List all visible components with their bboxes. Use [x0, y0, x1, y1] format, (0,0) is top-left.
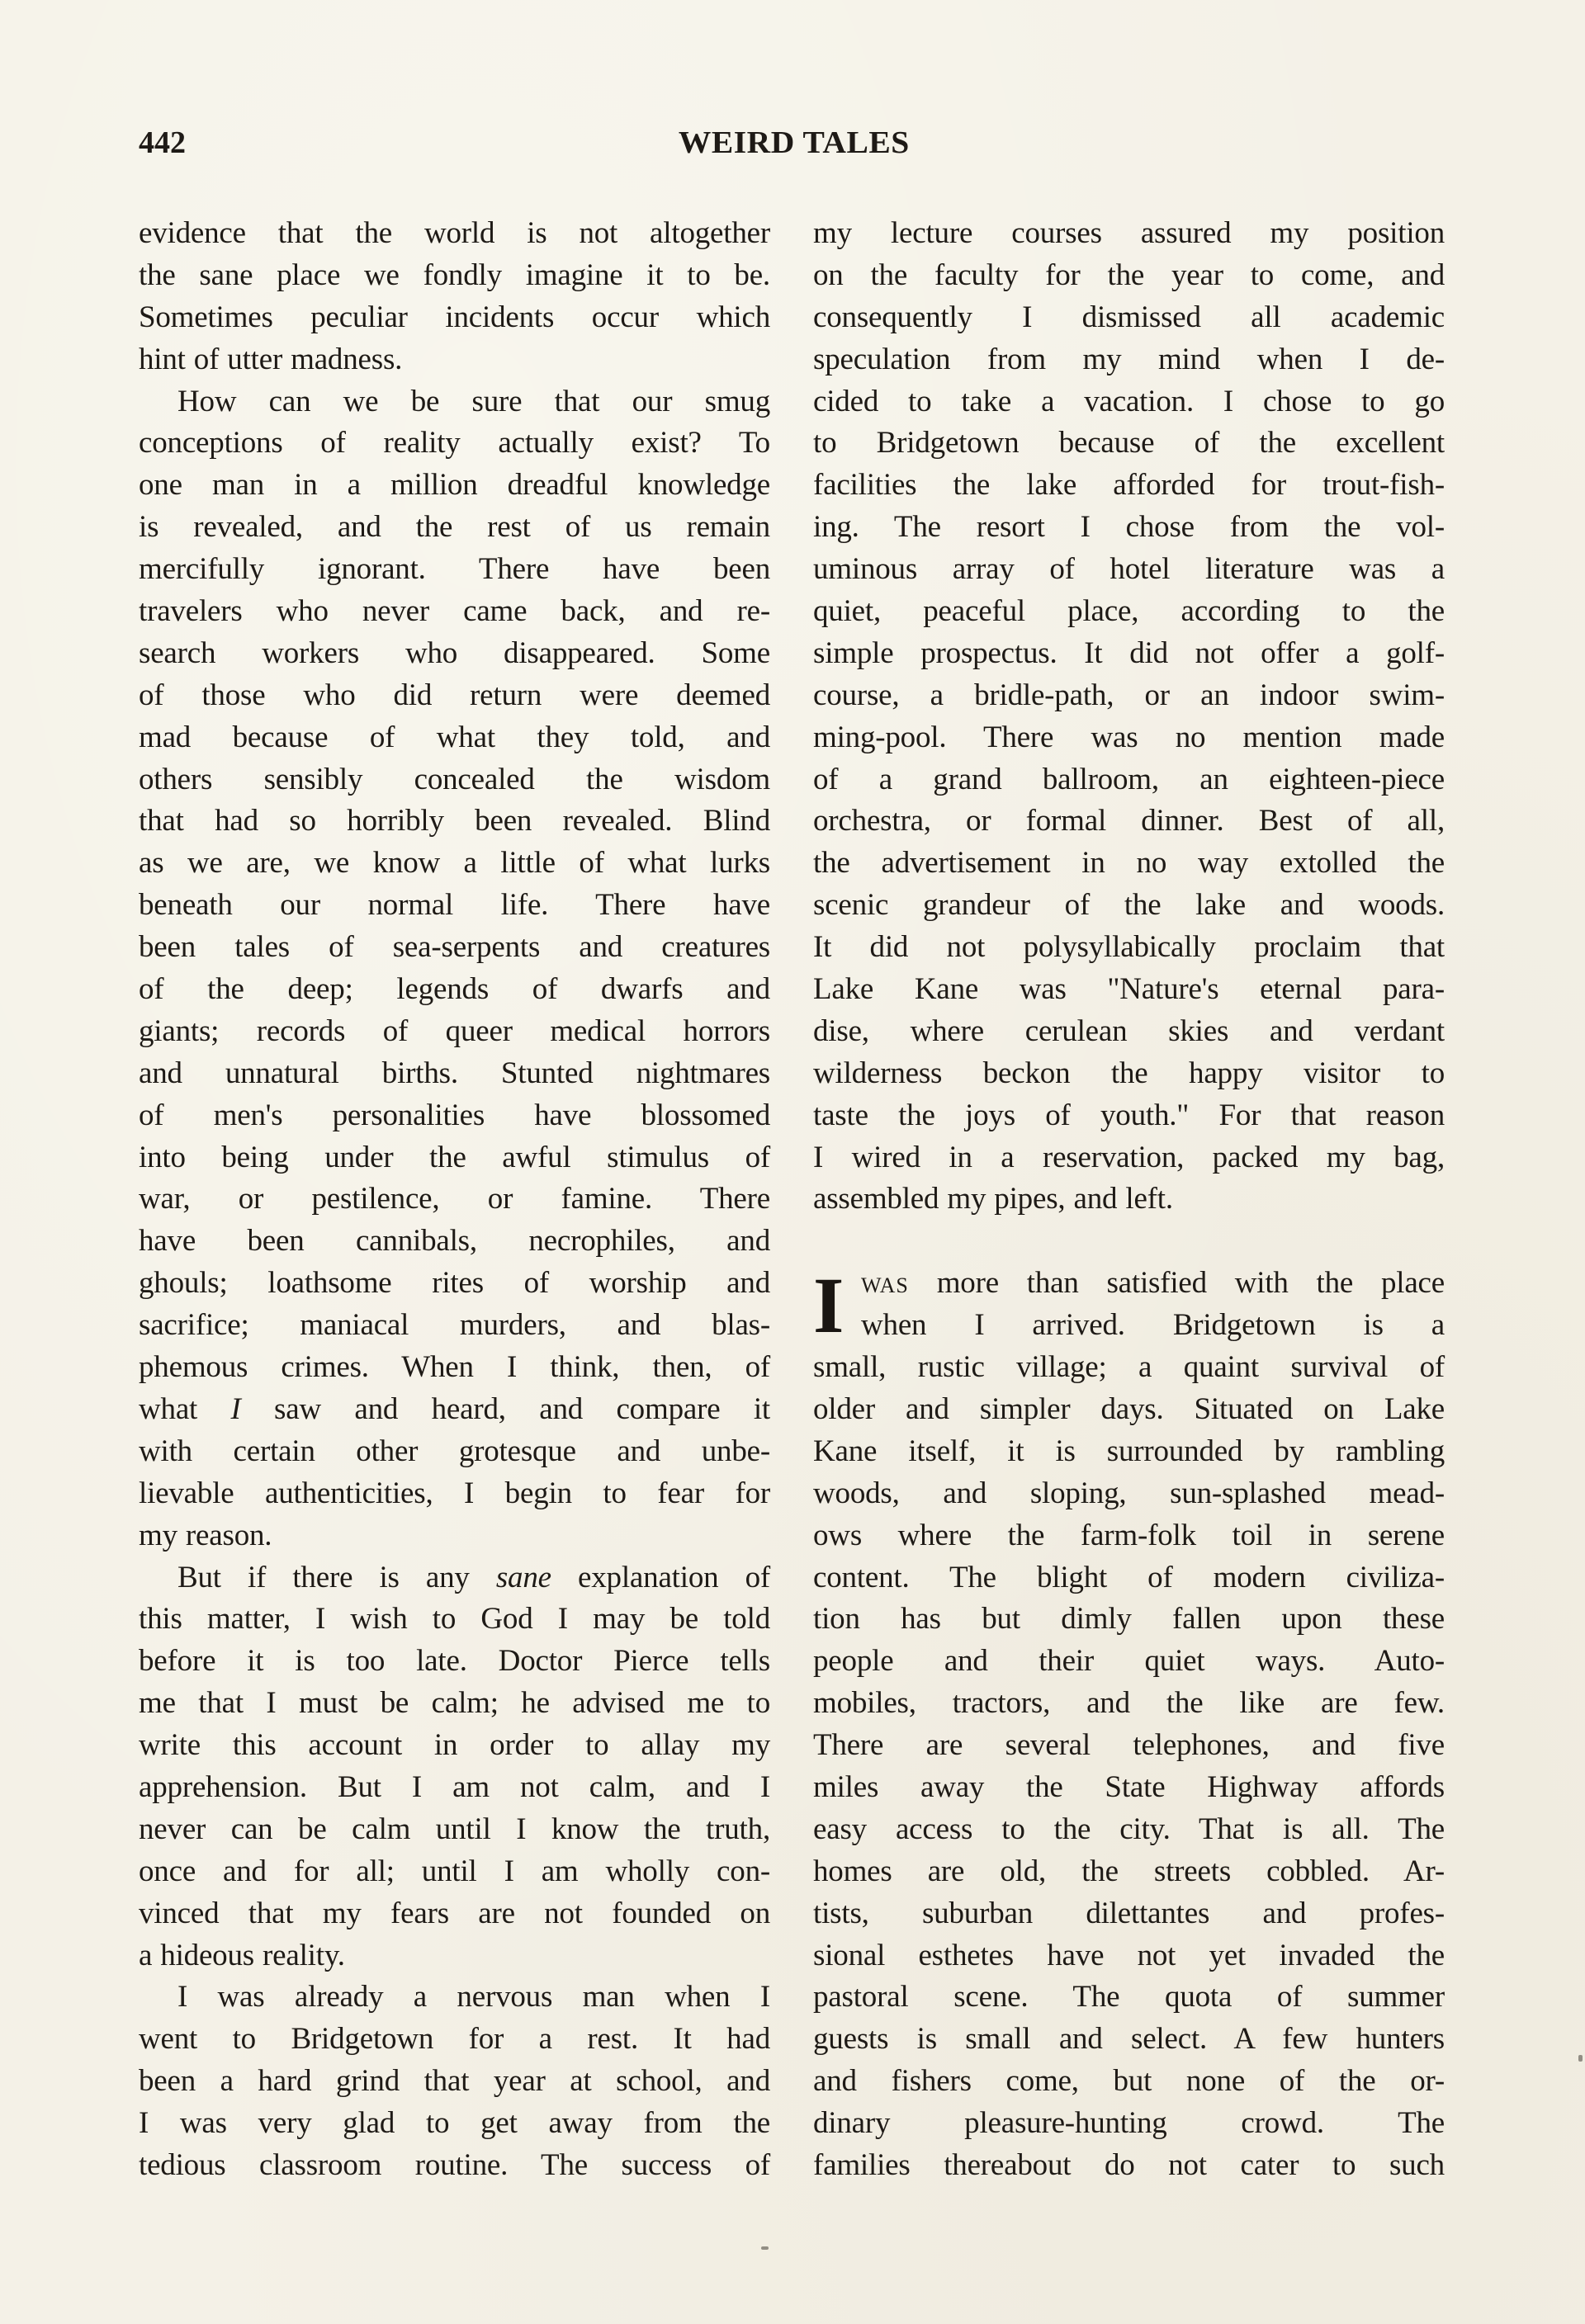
text-line: mad because of what they told, and [139, 717, 770, 759]
text-line: dise, where cerulean skies and verdant [813, 1011, 1445, 1053]
text-line: apprehension. But I am not calm, and I [139, 1767, 770, 1809]
text-line: older and simpler days. Situated on Lake [813, 1389, 1445, 1431]
text-line: people and their quiet ways. Auto- [813, 1641, 1445, 1683]
text-line: scenic grandeur of the lake and woods. [813, 885, 1445, 927]
text-line: when I arrived. Bridgetown is a [813, 1305, 1445, 1347]
text-line: taste the joys of youth." For that reaso… [813, 1095, 1445, 1137]
text-line: of a grand ballroom, an eighteen-piece [813, 759, 1445, 801]
text-line: How can we be sure that our smug [139, 381, 770, 423]
text-line: mobiles, tractors, and the like are few. [813, 1683, 1445, 1725]
magazine-page: 442 WEIRD TALES evidence that the world … [0, 0, 1585, 2324]
small-caps-lead: was [861, 1266, 909, 1300]
text-line: and unnatural births. Stunted nightmares [139, 1053, 770, 1095]
text-line: facilities the lake afforded for trout-f… [813, 465, 1445, 507]
text-line: homes are old, the streets cobbled. Ar- [813, 1851, 1445, 1893]
text-line: guests is small and select. A few hunter… [813, 2019, 1445, 2061]
text-line: I was already a nervous man when I [139, 1977, 770, 2019]
text-line: cided to take a vacation. I chose to go [813, 381, 1445, 423]
text-line: write this account in order to allay my [139, 1725, 770, 1767]
text-line: I wired in a reservation, packed my bag, [813, 1137, 1445, 1179]
text-line: families thereabout do not cater to such [813, 2145, 1445, 2187]
text-line: vinced that my fears are not founded on [139, 1893, 770, 1935]
text-line: tedious classroom routine. The success o… [139, 2145, 770, 2187]
text-line: evidence that the world is not altogethe… [139, 213, 770, 255]
text-line: ghouls; loathsome rites of worship and [139, 1263, 770, 1305]
text-line: Lake Kane was "Nature's eternal para- [813, 969, 1445, 1011]
text-line: was more than satisfied with the place [813, 1263, 1445, 1305]
text-line: to Bridgetown because of the excellent [813, 423, 1445, 465]
text-line: ming-pool. There was no mention made [813, 717, 1445, 759]
section-break [813, 1221, 1445, 1263]
text-line: miles away the State Highway affords [813, 1767, 1445, 1809]
text-line: woods, and sloping, sun-splashed mead- [813, 1473, 1445, 1515]
text-line: dinary pleasure-hunting crowd. The [813, 2103, 1445, 2145]
text-line: that had so horribly been revealed. Blin… [139, 801, 770, 843]
paper-speck [1578, 2055, 1583, 2062]
magazine-title: WEIRD TALES [648, 122, 940, 163]
text-line: the advertisement in no way extolled the [813, 843, 1445, 885]
text-line: me that I must be calm; he advised me to [139, 1683, 770, 1725]
text-line: beneath our normal life. There have [139, 885, 770, 927]
text-line: orchestra, or formal dinner. Best of all… [813, 801, 1445, 843]
text-line: been tales of sea-serpents and creatures [139, 927, 770, 969]
paper-speck [761, 2246, 769, 2250]
text-line: my lecture courses assured my position [813, 213, 1445, 255]
text-line: easy access to the city. That is all. Th… [813, 1809, 1445, 1851]
text-line: It did not polysyllabically proclaim tha… [813, 927, 1445, 969]
text-line: as we are, we know a little of what lurk… [139, 843, 770, 885]
text-line: what I saw and heard, and compare it [139, 1389, 770, 1431]
text-line: never can be calm until I know the truth… [139, 1809, 770, 1851]
text-line: quiet, peaceful place, according to the [813, 591, 1445, 633]
text-line: assembled my pipes, and left. [813, 1179, 1445, 1221]
text-line: on the faculty for the year to come, and [813, 255, 1445, 297]
page-number: 442 [139, 122, 186, 163]
text-line: been a hard grind that year at school, a… [139, 2061, 770, 2103]
text-line: have been cannibals, necrophiles, and [139, 1221, 770, 1263]
text-line: phemous crimes. When I think, then, of [139, 1347, 770, 1389]
text-line: travelers who never came back, and re- [139, 591, 770, 633]
text-line: the sane place we fondly imagine it to b… [139, 255, 770, 297]
italic-emphasis: I [231, 1392, 241, 1426]
text-line: is revealed, and the rest of us remain [139, 507, 770, 549]
text-line: sional esthetes have not yet invaded the [813, 1935, 1445, 1977]
text-line: sacrifice; maniacal murders, and blas- [139, 1305, 770, 1347]
text-line: tion has but dimly fallen upon these [813, 1599, 1445, 1641]
text-line: Kane itself, it is surrounded by ramblin… [813, 1431, 1445, 1473]
text-line: But if there is any sane explanation of [139, 1557, 770, 1599]
text-line: of the deep; legends of dwarfs and [139, 969, 770, 1011]
text-line: content. The blight of modern civiliza- [813, 1557, 1445, 1599]
text-line: of those who did return were deemed [139, 675, 770, 717]
text-line: simple prospectus. It did not offer a go… [813, 633, 1445, 675]
text-line: others sensibly concealed the wisdom [139, 759, 770, 801]
text-line: Sometimes peculiar incidents occur which [139, 297, 770, 339]
text-line: a hideous reality. [139, 1935, 770, 1977]
text-line: pastoral scene. The quota of summer [813, 1977, 1445, 2019]
text-line: lievable authenticities, I begin to fear… [139, 1473, 770, 1515]
text-line: There are several telephones, and five [813, 1725, 1445, 1767]
text-line: uminous array of hotel literature was a [813, 549, 1445, 591]
left-text-column: evidence that the world is not altogethe… [139, 213, 770, 2187]
text-line: ows where the farm-folk toil in serene [813, 1515, 1445, 1557]
drop-cap: I [813, 1266, 844, 1345]
text-line: I was very glad to get away from the [139, 2103, 770, 2145]
text-line: of men's personalities have blossomed [139, 1095, 770, 1137]
text-line: with certain other grotesque and unbe- [139, 1431, 770, 1473]
text-line: once and for all; until I am wholly con- [139, 1851, 770, 1893]
text-line: small, rustic village; a quaint survival… [813, 1347, 1445, 1389]
text-line: ing. The resort I chose from the vol- [813, 507, 1445, 549]
text-line: mercifully ignorant. There have been [139, 549, 770, 591]
right-text-column: my lecture courses assured my positionon… [813, 213, 1445, 2187]
text-line: and fishers come, but none of the or- [813, 2061, 1445, 2103]
text-line: search workers who disappeared. Some [139, 633, 770, 675]
text-line: wilderness beckon the happy visitor to [813, 1053, 1445, 1095]
text-line: war, or pestilence, or famine. There [139, 1179, 770, 1221]
dropcap-paragraph-start: Iwas more than satisfied with the placew… [813, 1263, 1445, 1347]
text-line: giants; records of queer medical horrors [139, 1011, 770, 1053]
text-line: conceptions of reality actually exist? T… [139, 423, 770, 465]
text-line: one man in a million dreadful knowledge [139, 465, 770, 507]
italic-emphasis: sane [496, 1561, 551, 1594]
text-line: speculation from my mind when I de- [813, 339, 1445, 381]
text-line: before it is too late. Doctor Pierce tel… [139, 1641, 770, 1683]
running-head: 442 WEIRD TALES [139, 122, 1445, 163]
text-line: my reason. [139, 1515, 770, 1557]
text-line: consequently I dismissed all academic [813, 297, 1445, 339]
text-line: tists, suburban dilettantes and profes- [813, 1893, 1445, 1935]
text-line: course, a bridle-path, or an indoor swim… [813, 675, 1445, 717]
text-line: into being under the awful stimulus of [139, 1137, 770, 1179]
text-line: hint of utter madness. [139, 339, 770, 381]
text-line: went to Bridgetown for a rest. It had [139, 2019, 770, 2061]
text-line: this matter, I wish to God I may be told [139, 1599, 770, 1641]
